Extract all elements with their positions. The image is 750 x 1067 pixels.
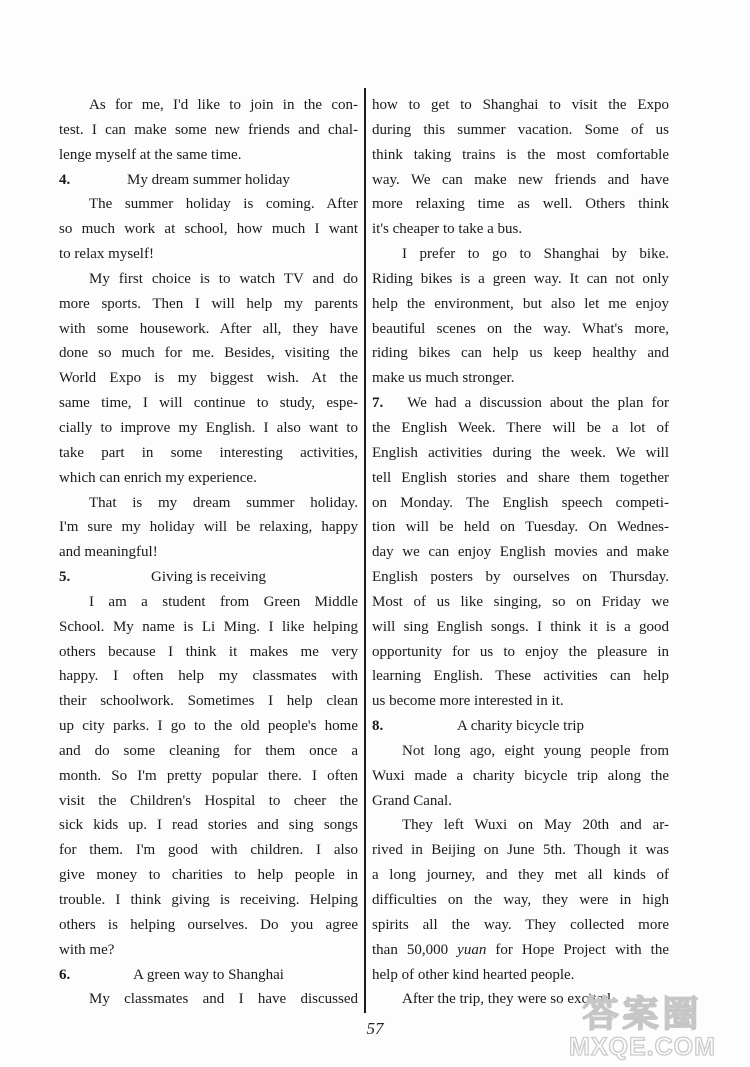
text-segment: opportunity for us to enjoy the pleasure… [372,644,669,660]
text-line: which can enrich my experience. [59,466,358,491]
text-line: their schoolwork. Sometimes I help clean [59,689,358,714]
text-line: think taking trains is the most comforta… [372,143,669,168]
text-line: the English Week. There will be a lot of [372,416,669,441]
text-line: cially to improve my English. I also wan… [59,416,358,441]
text-line: opportunity for us to enjoy the pleasure… [372,640,669,665]
text-segment: day we can enjoy English movies and make [372,544,669,560]
text-line: Not long ago, eight young people from [372,739,669,764]
text-line: sick kids up. I read stories and sing so… [59,813,358,838]
essay-heading: 6.A green way to Shanghai [59,963,358,988]
text-segment: for them. I'm good with children. I also [59,842,358,858]
text-line: 7.We had a discussion about the plan for [372,391,669,416]
text-line: for them. I'm good with children. I also [59,838,358,863]
text-line: more sports. Then I will help my parents [59,292,358,317]
text-segment: sick kids up. I read stories and sing so… [59,817,358,833]
text-line: a long journey, and they met all kinds o… [372,863,669,888]
text-line: than 50,000 yuan for Hope Project with t… [372,938,669,963]
essay-title: A green way to Shanghai [59,963,358,988]
text-line: others is helping ourselves. Do you agre… [59,913,358,938]
text-segment: others because I think it makes me very [59,644,358,660]
text-segment: Riding bikes is a green way. It can not … [372,271,669,287]
text-segment: which can enrich my experience. [59,470,257,486]
text-segment: their schoolwork. Sometimes I help clean [59,693,358,709]
italic-text: yuan [457,942,486,958]
text-line: spirits all the way. They collected more [372,913,669,938]
text-segment: way. We can make new friends and have [372,172,669,188]
text-segment: to relax myself! [59,246,154,262]
text-segment: on Monday. The English speech competi- [372,495,669,511]
text-line: visit the Children's Hospital to cheer t… [59,789,358,814]
text-segment: School. My name is Li Ming. I like helpi… [59,619,358,635]
essay-title: Giving is receiving [59,565,358,590]
text-segment: the English Week. There will be a lot of [372,420,669,436]
essay-number: 8. [372,714,383,739]
text-segment: how to get to Shanghai to visit the Expo [372,97,669,113]
text-line: beautiful scenes on the way. What's more… [372,317,669,342]
text-line: give money to charities to help people i… [59,863,358,888]
text-segment: beautiful scenes on the way. What's more… [372,321,669,337]
text-line: The summer holiday is coming. After [59,192,358,217]
text-line: with me? [59,938,358,963]
essay-number: 7. [372,395,407,411]
text-segment: difficulties on the way, they were in hi… [372,892,669,908]
text-line: same time, I will continue to study, esp… [59,391,358,416]
text-segment: I am a student from Green Middle [89,594,358,610]
text-line: so much work at school, how much I want [59,217,358,242]
text-segment: Grand Canal. [372,793,452,809]
text-line: during this summer vacation. Some of us [372,118,669,143]
text-line: After the trip, they were so excited. [372,987,669,1012]
text-line: rived in Beijing on June 5th. Though it … [372,838,669,863]
text-line: us become more interested in it. [372,689,669,714]
text-line: to relax myself! [59,242,358,267]
text-line: Grand Canal. [372,789,669,814]
text-line: Most of us like singing, so on Friday we [372,590,669,615]
text-line: will sing English songs. I think it is a… [372,615,669,640]
text-segment: tion will be held on Tuesday. On Wednes- [372,519,669,535]
text-line: Riding bikes is a green way. It can not … [372,267,669,292]
text-line: I am a student from Green Middle [59,590,358,615]
essay-heading: 8.A charity bicycle trip [372,714,669,739]
text-segment: it's cheaper to take a bus. [372,221,522,237]
text-line: month. So I'm pretty popular there. I of… [59,764,358,789]
page-number: 57 [0,1019,750,1039]
text-line: tion will be held on Tuesday. On Wednes- [372,515,669,540]
text-segment: us become more interested in it. [372,693,564,709]
text-line: make us much stronger. [372,366,669,391]
scanned-book-page: As for me, I'd like to join in the con-t… [0,0,750,1067]
essay-heading: 5.Giving is receiving [59,565,358,590]
text-segment: lenge myself at the same time. [59,147,241,163]
text-segment: for Hope Project with the [486,942,669,958]
text-segment: during this summer vacation. Some of us [372,122,669,138]
text-segment: up city parks. I go to the old people's … [59,718,358,734]
text-segment: tell English stories and share them toge… [372,470,669,486]
text-segment: same time, I will continue to study, esp… [59,395,358,411]
text-segment: test. I can make some new friends and ch… [59,122,358,138]
text-line: help the environment, but also let me en… [372,292,669,317]
text-line: and meaningful! [59,540,358,565]
text-line: School. My name is Li Ming. I like helpi… [59,615,358,640]
text-line: take part in some interesting activities… [59,441,358,466]
text-line: learning English. These activities can h… [372,664,669,689]
text-segment: cially to improve my English. I also wan… [59,420,358,436]
text-line: lenge myself at the same time. [59,143,358,168]
text-line: more relaxing time as well. Others think [372,192,669,217]
text-segment: more sports. Then I will help my parents [59,296,358,312]
text-segment: Wuxi made a charity bicycle trip along t… [372,768,669,784]
text-segment: make us much stronger. [372,370,514,386]
text-segment: help of other kind hearted people. [372,967,574,983]
text-segment: take part in some interesting activities… [59,445,358,461]
text-segment: After the trip, they were so excited. [402,991,614,1007]
column-divider-rule [364,88,366,1013]
left-column: As for me, I'd like to join in the con-t… [59,93,358,1012]
text-segment: month. So I'm pretty popular there. I of… [59,768,358,784]
text-line: I'm sure my holiday will be relaxing, ha… [59,515,358,540]
text-line: happy. I often help my classmates with [59,664,358,689]
text-line: others because I think it makes me very [59,640,358,665]
text-line: way. We can make new friends and have [372,168,669,193]
text-line: test. I can make some new friends and ch… [59,118,358,143]
text-line: how to get to Shanghai to visit the Expo [372,93,669,118]
text-segment: Most of us like singing, so on Friday we [372,594,669,610]
text-segment: will sing English songs. I think it is a… [372,619,669,635]
text-segment: As for me, I'd like to join in the con- [89,97,358,113]
text-line: it's cheaper to take a bus. [372,217,669,242]
text-line: That is my dream summer holiday. [59,491,358,516]
text-segment: so much work at school, how much I want [59,221,358,237]
text-segment: trouble. I think giving is receiving. He… [59,892,358,908]
text-line: As for me, I'd like to join in the con- [59,93,358,118]
text-line: riding bikes can help us keep healthy an… [372,341,669,366]
text-segment: and do some cleaning for them once a [59,743,358,759]
text-line: I prefer to go to Shanghai by bike. [372,242,669,267]
text-segment: than 50,000 [372,942,457,958]
text-segment: visit the Children's Hospital to cheer t… [59,793,358,809]
text-segment: happy. I often help my classmates with [59,668,358,684]
text-line: Wuxi made a charity bicycle trip along t… [372,764,669,789]
text-line: They left Wuxi on May 20th and ar- [372,813,669,838]
text-line: on Monday. The English speech competi- [372,491,669,516]
text-line: help of other kind hearted people. [372,963,669,988]
text-line: My first choice is to watch TV and do [59,267,358,292]
text-line: difficulties on the way, they were in hi… [372,888,669,913]
text-segment: My first choice is to watch TV and do [89,271,358,287]
text-line: done so much for me. Besides, visiting t… [59,341,358,366]
text-line: tell English stories and share them toge… [372,466,669,491]
text-segment: English activities during the week. We w… [372,445,669,461]
text-segment: riding bikes can help us keep healthy an… [372,345,669,361]
text-segment: spirits all the way. They collected more [372,917,669,933]
right-column: how to get to Shanghai to visit the Expo… [372,93,669,1012]
text-segment: with some housework. After all, they hav… [59,321,358,337]
text-line: English activities during the week. We w… [372,441,669,466]
text-line: My classmates and I have discussed [59,987,358,1012]
essay-number: 6. [59,963,70,988]
essay-title: A charity bicycle trip [372,714,669,739]
text-segment: My classmates and I have discussed [89,991,358,1007]
text-segment: That is my dream summer holiday. [89,495,358,511]
text-line: and do some cleaning for them once a [59,739,358,764]
text-segment: The summer holiday is coming. After [89,196,358,212]
text-segment: English posters by ourselves on Thursday… [372,569,669,585]
text-segment: more relaxing time as well. Others think [372,196,669,212]
text-line: English posters by ourselves on Thursday… [372,565,669,590]
essay-heading: 4.My dream summer holiday [59,168,358,193]
text-segment: Not long ago, eight young people from [402,743,669,759]
text-segment: and meaningful! [59,544,158,560]
text-segment: done so much for me. Besides, visiting t… [59,345,358,361]
text-line: day we can enjoy English movies and make [372,540,669,565]
essay-number: 5. [59,565,70,590]
text-segment: They left Wuxi on May 20th and ar- [402,817,669,833]
text-segment: think taking trains is the most comforta… [372,147,669,163]
essay-title: My dream summer holiday [59,168,358,193]
text-segment: We had a discussion about the plan for [407,395,669,411]
text-segment: I prefer to go to Shanghai by bike. [402,246,669,262]
text-segment: rived in Beijing on June 5th. Though it … [372,842,669,858]
text-line: World Expo is my biggest wish. At the [59,366,358,391]
text-line: with some housework. After all, they hav… [59,317,358,342]
text-segment: help the environment, but also let me en… [372,296,669,312]
essay-number: 4. [59,168,70,193]
text-segment: with me? [59,942,114,958]
text-line: trouble. I think giving is receiving. He… [59,888,358,913]
text-segment: I'm sure my holiday will be relaxing, ha… [59,519,358,535]
text-segment: give money to charities to help people i… [59,867,358,883]
text-segment: others is helping ourselves. Do you agre… [59,917,358,933]
text-line: up city parks. I go to the old people's … [59,714,358,739]
text-segment: World Expo is my biggest wish. At the [59,370,358,386]
text-segment: a long journey, and they met all kinds o… [372,867,669,883]
text-segment: learning English. These activities can h… [372,668,669,684]
